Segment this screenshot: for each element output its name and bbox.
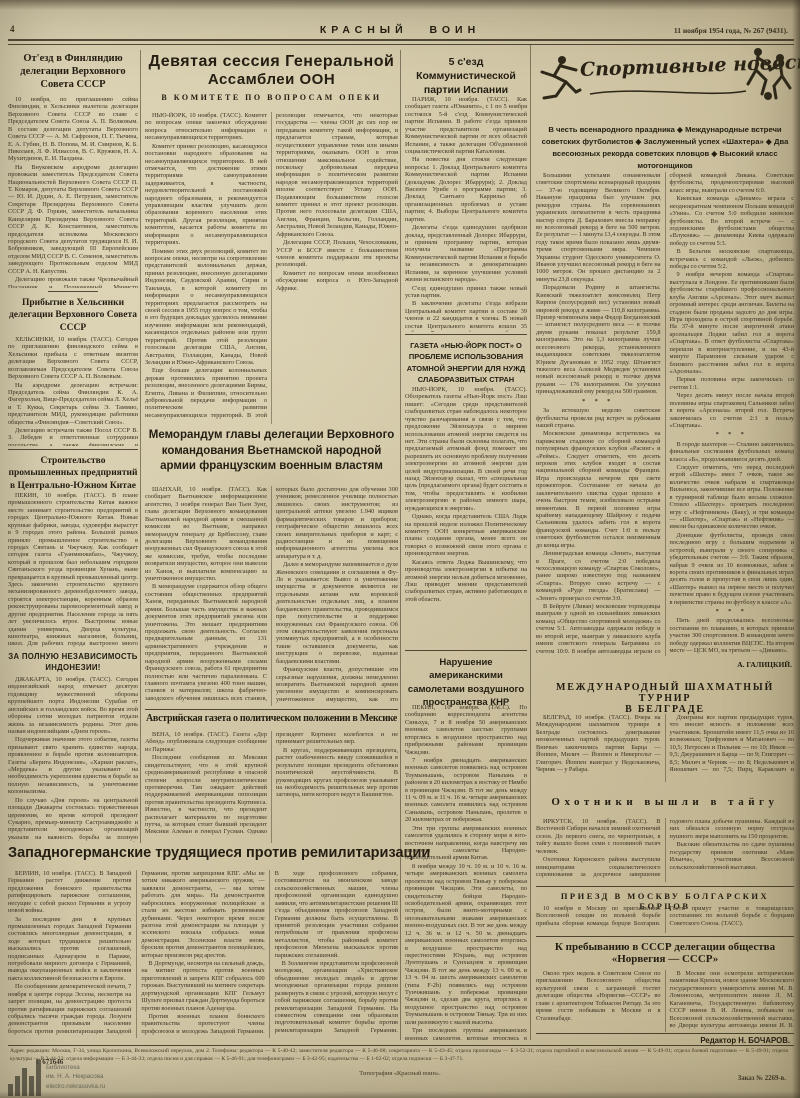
paragraph: 7 ноября двенадцать американских военных… [405,757,527,824]
paragraph: 9 ноября вечером команда «Спартак» высту… [670,271,795,375]
paragraph: ПЕКИН, 10 ноября. (ТАСС). По сообщению к… [405,704,527,756]
paragraph: Порадовали Родину и штангисты. Киевский … [536,284,661,395]
paragraph: * * * [670,608,795,615]
article-chess-tournament: МЕЖДУНАРОДНЫЙ ШАХМАТНЫЙ ТУРНИР В БЕЛГРАД… [536,682,794,715]
paragraph: За последние дни в крупных промышленных … [8,916,131,983]
paragraph: Касаясь ответа Лоджа Вышинскому, что про… [405,559,527,604]
article-body: ИРКУТСК, 10 ноября. (ТАСС). В Восточной … [536,818,794,882]
article-title: Нарушение американскими самолетами возду… [405,656,527,709]
scan-edge-top [0,0,800,10]
article-title: Меморандум главы делегации Верховного ко… [145,428,398,475]
article-title: Австрийская газета о политическом положе… [145,713,398,724]
article-body: НЬЮ-ЙОРК, 10 ноября. (ТАСС). Обозревател… [405,386,527,646]
title-line-1: К пребыванию в СССР делегации общества [536,941,794,953]
separator-rule [8,449,138,450]
paragraph: Через десять минут после начала второй п… [670,392,795,429]
title-line-1: Девятая сессия Генеральной [145,53,398,71]
paragraph: В Бельгии московские спартаковцы, встреч… [670,248,795,270]
sports-section-title: Спортивные новости [580,53,753,81]
article-body: ХЕЛЬСИНКИ, 10 ноября. (ТАСС). Сегодня по… [8,336,138,446]
article-body: Около трех недель в Советском Союзе по п… [536,970,794,1032]
footer-address: Адрес редакции: Москва, Г-34, улица Кроп… [10,1048,788,1063]
editor-byline: Редактор Н. БОЧАРОВ. [600,1036,790,1045]
paragraph: Пять дней продолжались всесоюзные состяз… [670,617,795,654]
football-players-illustration-icon [742,44,794,102]
paragraph: В Москве они осмотрели исторические памя… [670,970,795,1032]
paragraph: Делегации СССР, Польши, Чехословакии, УС… [276,239,398,269]
article-norway-delegation: К пребыванию в СССР делегации общества «… [536,941,794,965]
paragraph: Эти три группы американских военных само… [405,825,527,862]
paragraph: Далее в меморандуме напоминается о духе … [276,561,398,665]
article-mexico-politics: Австрийская газета о политическом положе… [145,713,398,724]
paragraph: * * * [670,431,795,438]
article-title: ГАЗЕТА «НЬЮ-ЙОРК ПОСТ» О ПРОБЛЕМЕ ИСПОЛЬ… [405,340,527,385]
article-body: 10 ноября в Москву по приглашению Всесою… [536,905,794,933]
article-subtitle: В КОМИТЕТЕ ПО ВОПРОСАМ ОПЕКИ [145,93,398,102]
article-nypost-atomic: ГАЗЕТА «НЬЮ-ЙОРК ПОСТ» О ПРОБЛЕМЕ ИСПОЛЬ… [405,340,527,385]
watermark-line: им. Н. А. Некрасова [46,1072,105,1081]
paragraph: С'езд единодушно принял также новый уста… [405,285,527,300]
paragraph: НЬЮ-ЙОРК, 10 ноября. (ТАСС). Обозревател… [405,386,527,512]
title-line-1: МЕЖДУНАРОДНЫЙ ШАХМАТНЫЙ ТУРНИР [536,682,794,704]
sports-signature: А. ГАЛИЦКИЙ. [666,660,792,669]
paragraph: Следует отметить, что перед последней иг… [670,464,795,531]
separator-rule [405,650,527,651]
separator-rule [536,886,794,887]
watermark-line: electro.nekrasovka.ru [46,1082,105,1091]
column-rule-1 [140,50,141,843]
scan-edge-bottom [0,1091,800,1098]
printer-line: Типография «Красный воин». [0,1070,800,1079]
paragraph: Подчеркивая значение этого события, газе… [8,736,138,795]
column-rule-3 [530,45,531,1040]
paragraph: В Дортмунде, несмотря на сильный дождь, … [141,960,264,1012]
paragraph: На аэродроме делегацию встречали: Предсе… [8,382,138,427]
title-line-2: «Норвегия — СССР» [536,953,794,965]
article-vietnam-memorandum: Меморандум главы делегации Верховного ко… [145,428,398,475]
article-hunters-taiga: Охотники вышли в тайгу [536,796,794,808]
article-body: БЕРЛИН, 10 ноября. (ТАСС). В Западной Ге… [8,870,398,1038]
paragraph: Первая половина игры закончилась со счет… [670,376,795,391]
paragraph: За истекшую неделю советские футболисты … [536,407,661,429]
paragraph: * * * [536,398,661,405]
article-body: БЕЛГРАД, 10 ноября. (ТАСС). Вчера на Меж… [536,714,794,782]
article-title: Прибытие в Хельсинки делегации Верховног… [8,297,138,334]
scan-edge-right [792,0,800,1098]
sports-header: Спортивные новости [536,42,794,122]
paragraph: Донецкие футболисты, проведя свою послед… [670,532,795,606]
article-finland-departure: От'езд в Финляндию делегации Верховного … [8,52,138,91]
paragraph: Московские динамовцы встретились на пари… [536,430,661,549]
paragraph: На Внуковском аэродроме делегацию провож… [8,164,138,275]
sports-body: Большими успехами ознаменовали советские… [536,172,794,656]
article-title: 5 с'езд Коммунистической партии Испании [405,55,527,98]
skater-illustration-icon [536,52,582,104]
article-title: Западногерманские трудящиеся против реми… [8,845,398,861]
article-title: К пребыванию в СССР делегации общества «… [536,941,794,965]
paragraph: Помимо этих двух резолюций, комитет по в… [145,248,267,367]
article-body: ПЕКИН, 10 ноября. (ТАСС). В плане промыш… [8,492,138,649]
article-body: ШАНХАЙ, 10 ноября. (ТАСС). Как сообщает … [145,486,398,706]
paragraph: Комитет по вопросам опеки возобновил обс… [276,270,398,292]
paragraph: 10 ноября, по приглашению сейма Финлянди… [8,96,138,163]
article-china-construction: Строительство промышленных предприятий в… [8,455,138,492]
article-spain-congress: 5 с'езд Коммунистической партии Испании [405,55,527,98]
paragraph: БЕРЛИН, 10 ноября. (ТАСС). В Западной Ге… [8,870,131,915]
paragraph: Киевская команда «Динамо» играла с неодн… [670,195,795,247]
article-body: ВЕНА, 10 ноября. (ТАСС). Газета «Дер Абе… [145,731,398,843]
article-china-airspace: Нарушение американскими самолетами возду… [405,656,527,709]
article-body: 10 ноября, по приглашению сейма Финлянди… [8,96,138,288]
paragraph: ВЕНА, 10 ноября. (ТАСС). Газета «Дер Абе… [145,731,267,753]
article-title: Строительство промышленных предприятий в… [8,455,138,492]
article-body: ПЕКИН, 10 ноября. (ТАСС). По сообщению к… [405,704,527,1040]
paragraph: Делегацию провожали также Чрезвычайный П… [8,276,138,288]
paragraph: Три последних группы американских военны… [405,1027,527,1040]
paragraph: Доиграны все партии предыдущих туров, чт… [670,714,795,782]
paragraph: По случаю «Дня героев» на центральной пл… [8,797,138,842]
title-line-2: Ассамблеи ООН [145,71,398,88]
article-title: ЗА ПОЛНУЮ НЕЗАВИСИМОСТЬ ИНДОНЕЗИИ! [8,652,138,673]
article-title: От'езд в Финляндию делегации Верховного … [8,52,138,91]
paragraph: 10 ноября в Москву по приглашению Всесою… [536,905,794,933]
article-title: Девятая сессия Генеральной Ассамблеи ООН [145,53,398,88]
paragraph: В кругах, поддерживающих президента, рас… [276,747,398,799]
separator-rule [536,936,794,937]
paragraph: Однако, когда представитель США Лодж на … [405,513,527,558]
article-helsinki-arrival: Прибытие в Хельсинки делегации Верховног… [8,297,138,334]
article-un-assembly: Девятая сессия Генеральной Ассамблеи ООН… [145,53,398,102]
article-title: МЕЖДУНАРОДНЫЙ ШАХМАТНЫЙ ТУРНИР В БЕЛГРАД… [536,682,794,715]
sports-deck: В честь всенародного праздника ◆ Междуна… [536,124,794,172]
flourish-underline [588,88,748,98]
paragraph: Делегаты с'езда единодушно одобрили докл… [405,224,527,283]
paragraph: Большими успехами ознаменовали советские… [536,172,661,283]
library-logo-icon [8,1056,44,1096]
paragraph: На повестке дня стояли следующие вопросы… [405,156,527,223]
paragraph: ПАРИЖ, 10 ноября. (ТАСС). Как сообщает г… [405,96,527,155]
paragraph: Ленинградская команда «Зенит», выступая … [536,550,661,602]
paragraph: Комитет принял резолюцию, касающуюся пос… [145,143,267,247]
paragraph: Высокие обязательства по сдаче пушнины г… [670,841,795,871]
print-order-number: Заказ № 2269-в. [738,1074,786,1083]
paragraph: 8 ноября между 10 ч. 10 м. и 10 ч. 16 м.… [405,863,527,1026]
separator-rule [145,709,398,710]
paragraph: ШАНХАЙ, 10 ноября. (ТАСС). Как сообщает … [145,486,267,582]
paragraph: НЬЮ-ЙОРК, 10 ноября. (ТАСС). Комитет по … [145,112,267,142]
article-body: ПАРИЖ, 10 ноября. (ТАСС). Как сообщает г… [405,96,527,332]
issue-date: 11 ноября 1954 года, № 267 (9431). [674,26,788,35]
article-title: Охотники вышли в тайгу [536,796,794,808]
paragraph: В городе шахтеров — Сталино закончились … [670,441,795,463]
article-indonesia-independence: ЗА ПОЛНУЮ НЕЗАВИСИМОСТЬ ИНДОНЕЗИИ! [8,652,138,673]
footer-rule [8,1045,794,1046]
paragraph: Около трех недель в Советском Союзе по п… [536,970,661,1022]
article-body: НЬЮ-ЙОРК, 10 ноября. (ТАСС). Комитет по … [145,112,398,424]
paragraph: ИРКУТСК, 10 ноября. (ТАСС). В Восточной … [536,818,661,855]
paragraph: Делегацию встречали также Посол СССР В. … [8,427,138,446]
paragraph: ДЖАКАРТА, 10 ноября. (ТАСС). Сегодня инд… [8,676,138,735]
paragraph: В заключение делегаты с'езда избрали Цен… [405,300,527,332]
column-rule-2 [400,50,401,1040]
article-west-germany-protests: Западногерманские трудящиеся против реми… [8,845,398,861]
paragraph: ХЕЛЬСИНКИ, 10 ноября. (ТАСС). Сегодня по… [8,336,138,381]
separator-rule [536,1033,794,1034]
newspaper-page: 4 КРАСНЫЙ ВОИН 11 ноября 1954 года, № 26… [0,0,800,1098]
separator-rule [405,334,527,335]
paragraph: ПЕКИН, 10 ноября. (ТАСС). В плане промыш… [8,492,138,649]
watermark-line: Библиотека [46,1063,105,1072]
separator-rule [48,291,98,292]
header-rule-thick [8,39,794,41]
article-body: ДЖАКАРТА, 10 ноября. (ТАСС). Сегодня инд… [8,676,138,842]
library-watermark: Библиотека им. Н. А. Некрасова electro.n… [46,1063,105,1091]
paragraph: БЕЛГРАД, 10 ноября. (ТАСС). Вчера на Меж… [536,714,661,773]
